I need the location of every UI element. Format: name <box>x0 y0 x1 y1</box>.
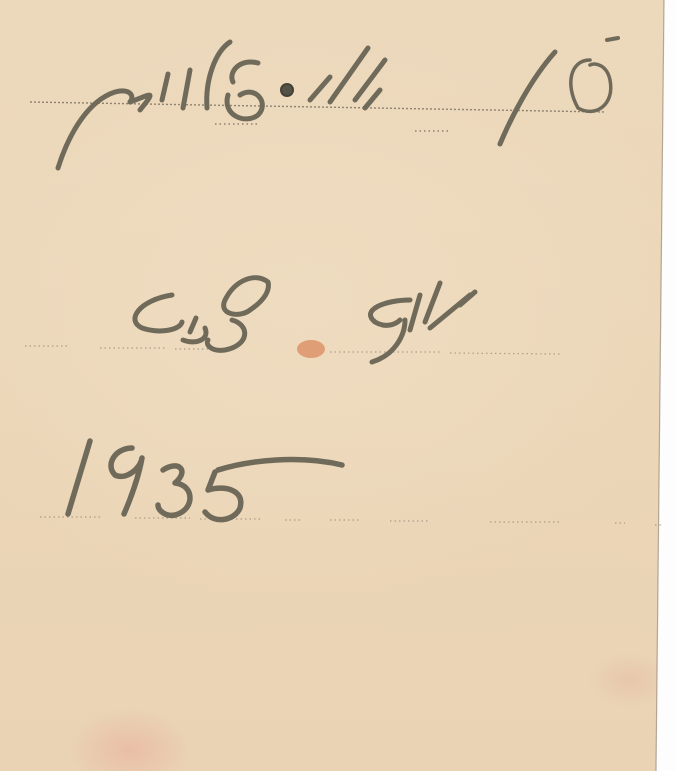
handwriting-line-1 <box>58 38 618 168</box>
handwriting-year <box>68 441 342 520</box>
dotted-guideline-3 <box>40 517 662 525</box>
brown-stain <box>297 340 325 358</box>
dotted-guideline-2 <box>25 346 560 354</box>
scanned-document: פֿון וואָ·פֿלים וואַך · פּגיש 1935 <box>0 0 676 771</box>
handwriting-layer <box>0 0 676 771</box>
